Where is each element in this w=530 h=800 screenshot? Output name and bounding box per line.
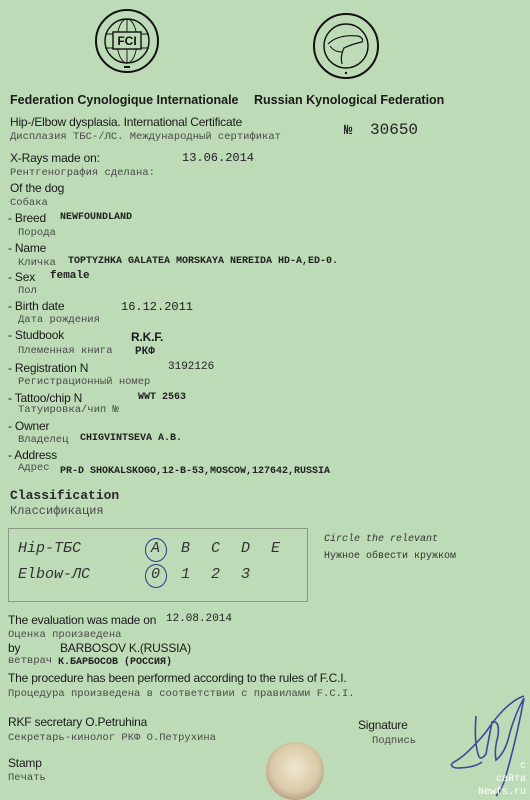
address-value: PR-D SHOKALSKOGO,12-B-53,MOSCOW,127642,R… — [60, 466, 330, 477]
dog-label-ru: Собака — [10, 197, 48, 209]
certificate-title-ru: Дисплазия ТБС-/ЛС. Международный сертифи… — [10, 131, 281, 143]
by-label-ru: ветврач — [8, 655, 52, 667]
vet-name-en: BARBOSOV K.(RUSSIA) — [60, 641, 191, 655]
breed-value: NEWFOUNDLAND — [60, 212, 132, 223]
number-sign: № — [344, 123, 352, 139]
registration-label-ru: Регистрационный номер — [18, 376, 150, 388]
certificate-number: № 30650 — [344, 121, 418, 139]
studbook-value-en: R.K.F. — [131, 330, 163, 344]
certificate-number-value: 30650 — [370, 121, 418, 139]
by-label-en: by — [8, 641, 20, 655]
birth-label-ru: Дата рождения — [18, 314, 100, 326]
site-watermark: c сайта Newfs.ru — [478, 760, 526, 799]
elbow-grade-3: 3 — [241, 566, 250, 583]
fci-logo: FCI — [86, 8, 168, 74]
stamp-label-en: Stamp — [8, 756, 42, 770]
tattoo-label-ru: Татуировка/чип № — [18, 404, 119, 416]
classification-box: Hip-ТБС Elbow-ЛС ABCDE 0123 — [8, 528, 308, 602]
elbow-grade-1: 1 — [181, 566, 190, 583]
address-label-en: - Address — [8, 448, 57, 462]
address-label-ru: Адрес — [18, 462, 50, 474]
evaluation-date-label-en: The evaluation was made on — [8, 613, 156, 627]
rkf-dog-head-logo-icon — [308, 12, 384, 80]
rkf-logo — [308, 12, 384, 80]
studbook-value-ru: РКФ — [135, 346, 155, 358]
hip-selected-circle — [145, 538, 167, 562]
hip-label: Hip-ТБС — [18, 540, 81, 557]
sex-label-en: - Sex — [8, 270, 35, 284]
signature-label-en: Signature — [358, 718, 408, 732]
sex-label-ru: Пол — [18, 285, 37, 297]
name-value: TOPTYZHKA GALATEA MORSKAYA NEREIDA HD-A,… — [68, 256, 338, 267]
certificate-title-en: Hip-/Elbow dysplasia. International Cert… — [10, 115, 242, 129]
name-label-en: - Name — [8, 241, 46, 255]
signature-label-ru: Подпись — [372, 735, 416, 747]
elbow-label: Elbow-ЛС — [18, 566, 90, 583]
classification-title-en: Classification — [10, 488, 119, 503]
circle-note-ru: Нужное обвести кружком — [324, 551, 456, 562]
evaluation-date-label-ru: Оценка произведена — [8, 629, 121, 641]
xrays-label-en: X-Rays made on: — [10, 151, 100, 165]
hip-grade-D: D — [241, 540, 250, 557]
sex-value: female — [50, 270, 90, 282]
studbook-label-ru: Племенная книга — [18, 345, 113, 357]
stamp-label-ru: Печать — [8, 772, 46, 784]
circle-note-en: Circle the relevant — [324, 534, 438, 545]
tattoo-value: WWT 2563 — [138, 392, 186, 403]
secretary-ru: Секретарь-кинолог РКФ О.Петрухина — [8, 732, 216, 744]
elbow-grade-2: 2 — [211, 566, 220, 583]
hip-grade-B: B — [181, 540, 190, 557]
fci-name: Federation Cynologique Internationale — [10, 93, 239, 107]
studbook-label-en: - Studbook — [8, 328, 64, 342]
hologram-stamp — [266, 742, 324, 800]
evaluation-date: 12.08.2014 — [166, 613, 232, 625]
tattoo-label-en: - Tattoo/chip N — [8, 391, 82, 405]
procedure-en: The procedure has been performed accordi… — [8, 671, 347, 685]
secretary-en: RKF secretary O.Petruhina — [8, 715, 147, 729]
hip-grade-E: E — [271, 540, 280, 557]
owner-value: CHIGVINTSEVA A.B. — [80, 433, 182, 444]
breed-label-en: - Breed — [8, 211, 46, 225]
xrays-label-ru: Рентгенография сделана: — [10, 167, 155, 179]
name-label-ru: Кличка — [18, 257, 56, 269]
vet-name-ru: К.БАРБОСОВ (РОССИЯ) — [58, 657, 172, 668]
svg-text:FCI: FCI — [117, 34, 136, 48]
birth-label-en: - Birth date — [8, 299, 64, 313]
fci-globe-logo-icon: FCI — [86, 8, 168, 74]
birth-value: 16.12.2011 — [121, 300, 193, 314]
xrays-date: 13.06.2014 — [182, 151, 254, 165]
registration-label-en: - Registration N — [8, 361, 88, 375]
owner-label-ru: Владелец — [18, 434, 68, 446]
owner-label-en: - Owner — [8, 419, 49, 433]
breed-label-ru: Порода — [18, 227, 56, 239]
elbow-selected-circle — [145, 564, 167, 588]
registration-value: 3192126 — [168, 361, 214, 373]
rkf-name: Russian Kynological Federation — [254, 93, 444, 107]
classification-title-ru: Классификация — [10, 504, 104, 518]
hip-grade-C: C — [211, 540, 220, 557]
dog-label-en: Of the dog — [10, 181, 64, 195]
procedure-ru: Процедура произведена в соответствии с п… — [8, 688, 355, 700]
